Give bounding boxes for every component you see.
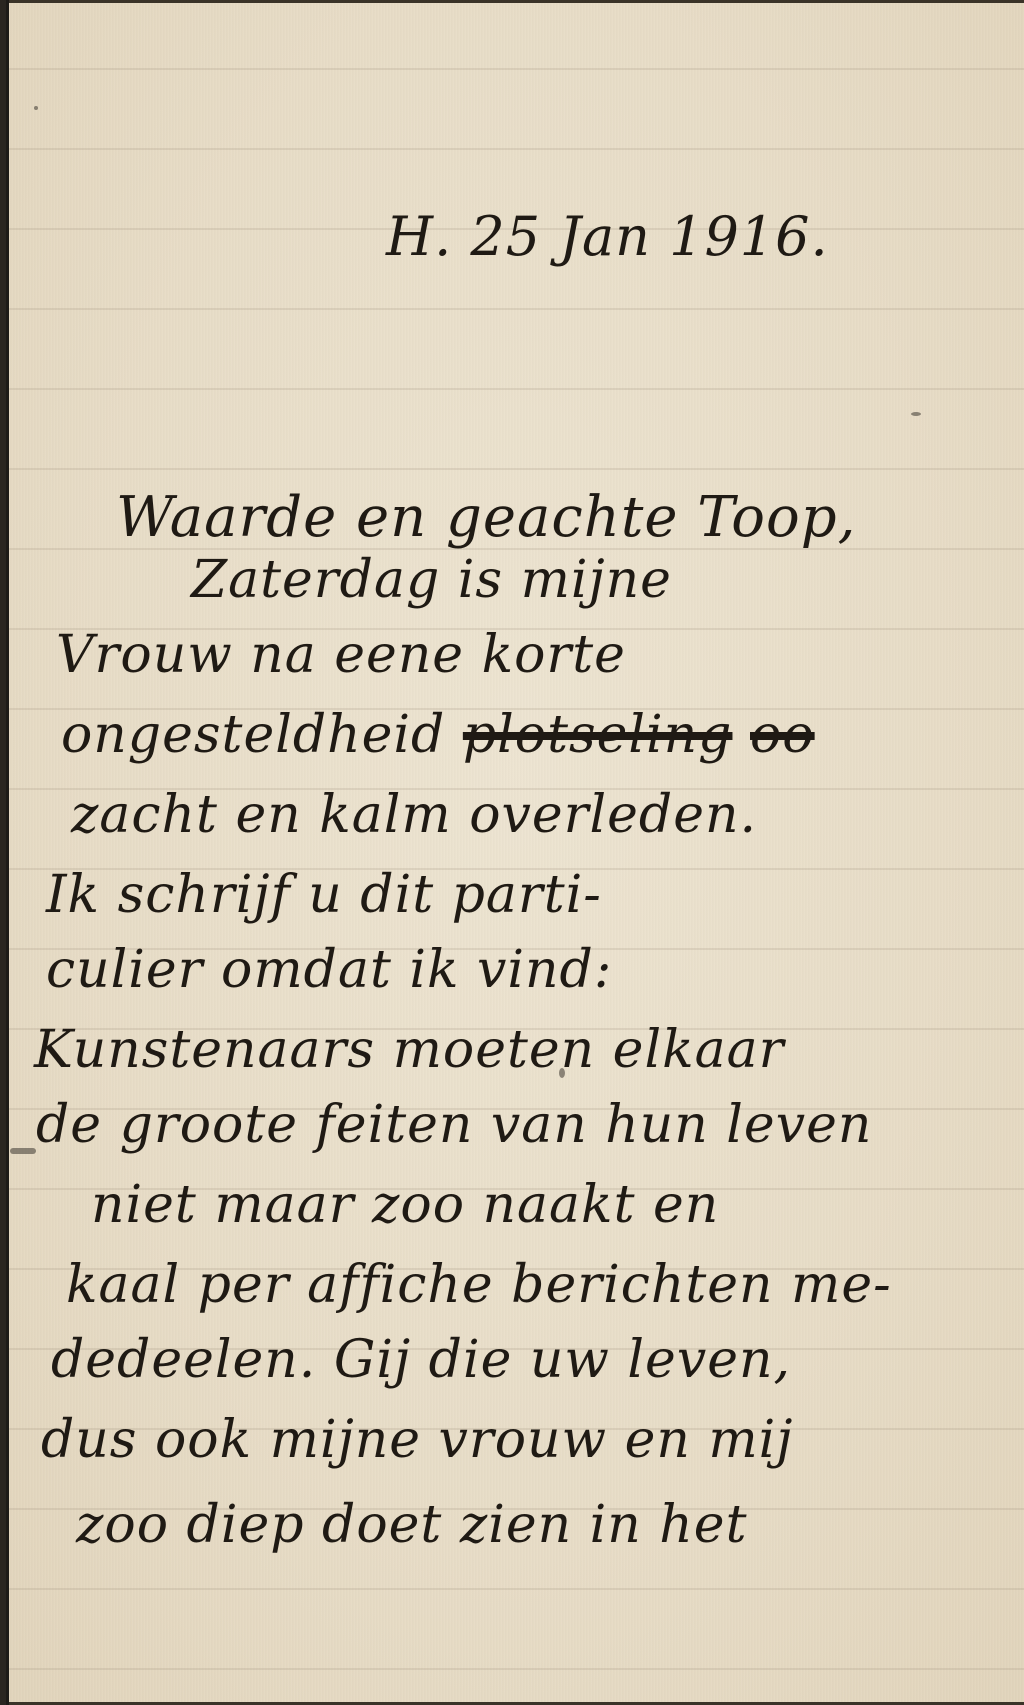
letter-line: Zaterdag is mijne <box>191 550 672 610</box>
letter-line: Ik schrijf u dit parti- <box>46 865 602 925</box>
letter-line-text: ongesteldheid <box>61 705 445 765</box>
letter-line: Kunstenaars moeten elkaar <box>34 1020 784 1080</box>
letter-line: kaal per affiche berichten me- <box>66 1255 892 1315</box>
letter-line: zacht en kalm overleden. <box>71 785 757 845</box>
letter-line: culier omdat ik vind: <box>46 940 612 1000</box>
struck-word: plotseling <box>463 705 733 765</box>
letter-page: H. 25 Jan 1916. Waarde en geachte Toop, … <box>6 0 1024 1705</box>
ink-speck <box>559 1068 565 1078</box>
ink-speck <box>911 412 921 416</box>
letter-salutation: Waarde en geachte Toop, <box>116 485 856 550</box>
ink-smudge <box>10 1148 36 1154</box>
letter-line: de groote feiten van hun leven <box>36 1095 872 1155</box>
letter-line: dedeelen. Gij die uw leven, <box>51 1330 791 1390</box>
letter-date: H. 25 Jan 1916. <box>386 205 829 268</box>
letter-line: niet maar zoo naakt en <box>91 1175 719 1235</box>
struck-word: oo <box>750 705 815 765</box>
letter-line: zoo diep doet zien in het <box>76 1495 747 1555</box>
letter-line: dus ook mijne vrouw en mij <box>41 1410 793 1470</box>
letter-line: Vrouw na eene korte <box>56 625 626 685</box>
ink-speck <box>34 106 38 110</box>
letter-line: ongesteldheid plotseling oo <box>61 705 815 765</box>
